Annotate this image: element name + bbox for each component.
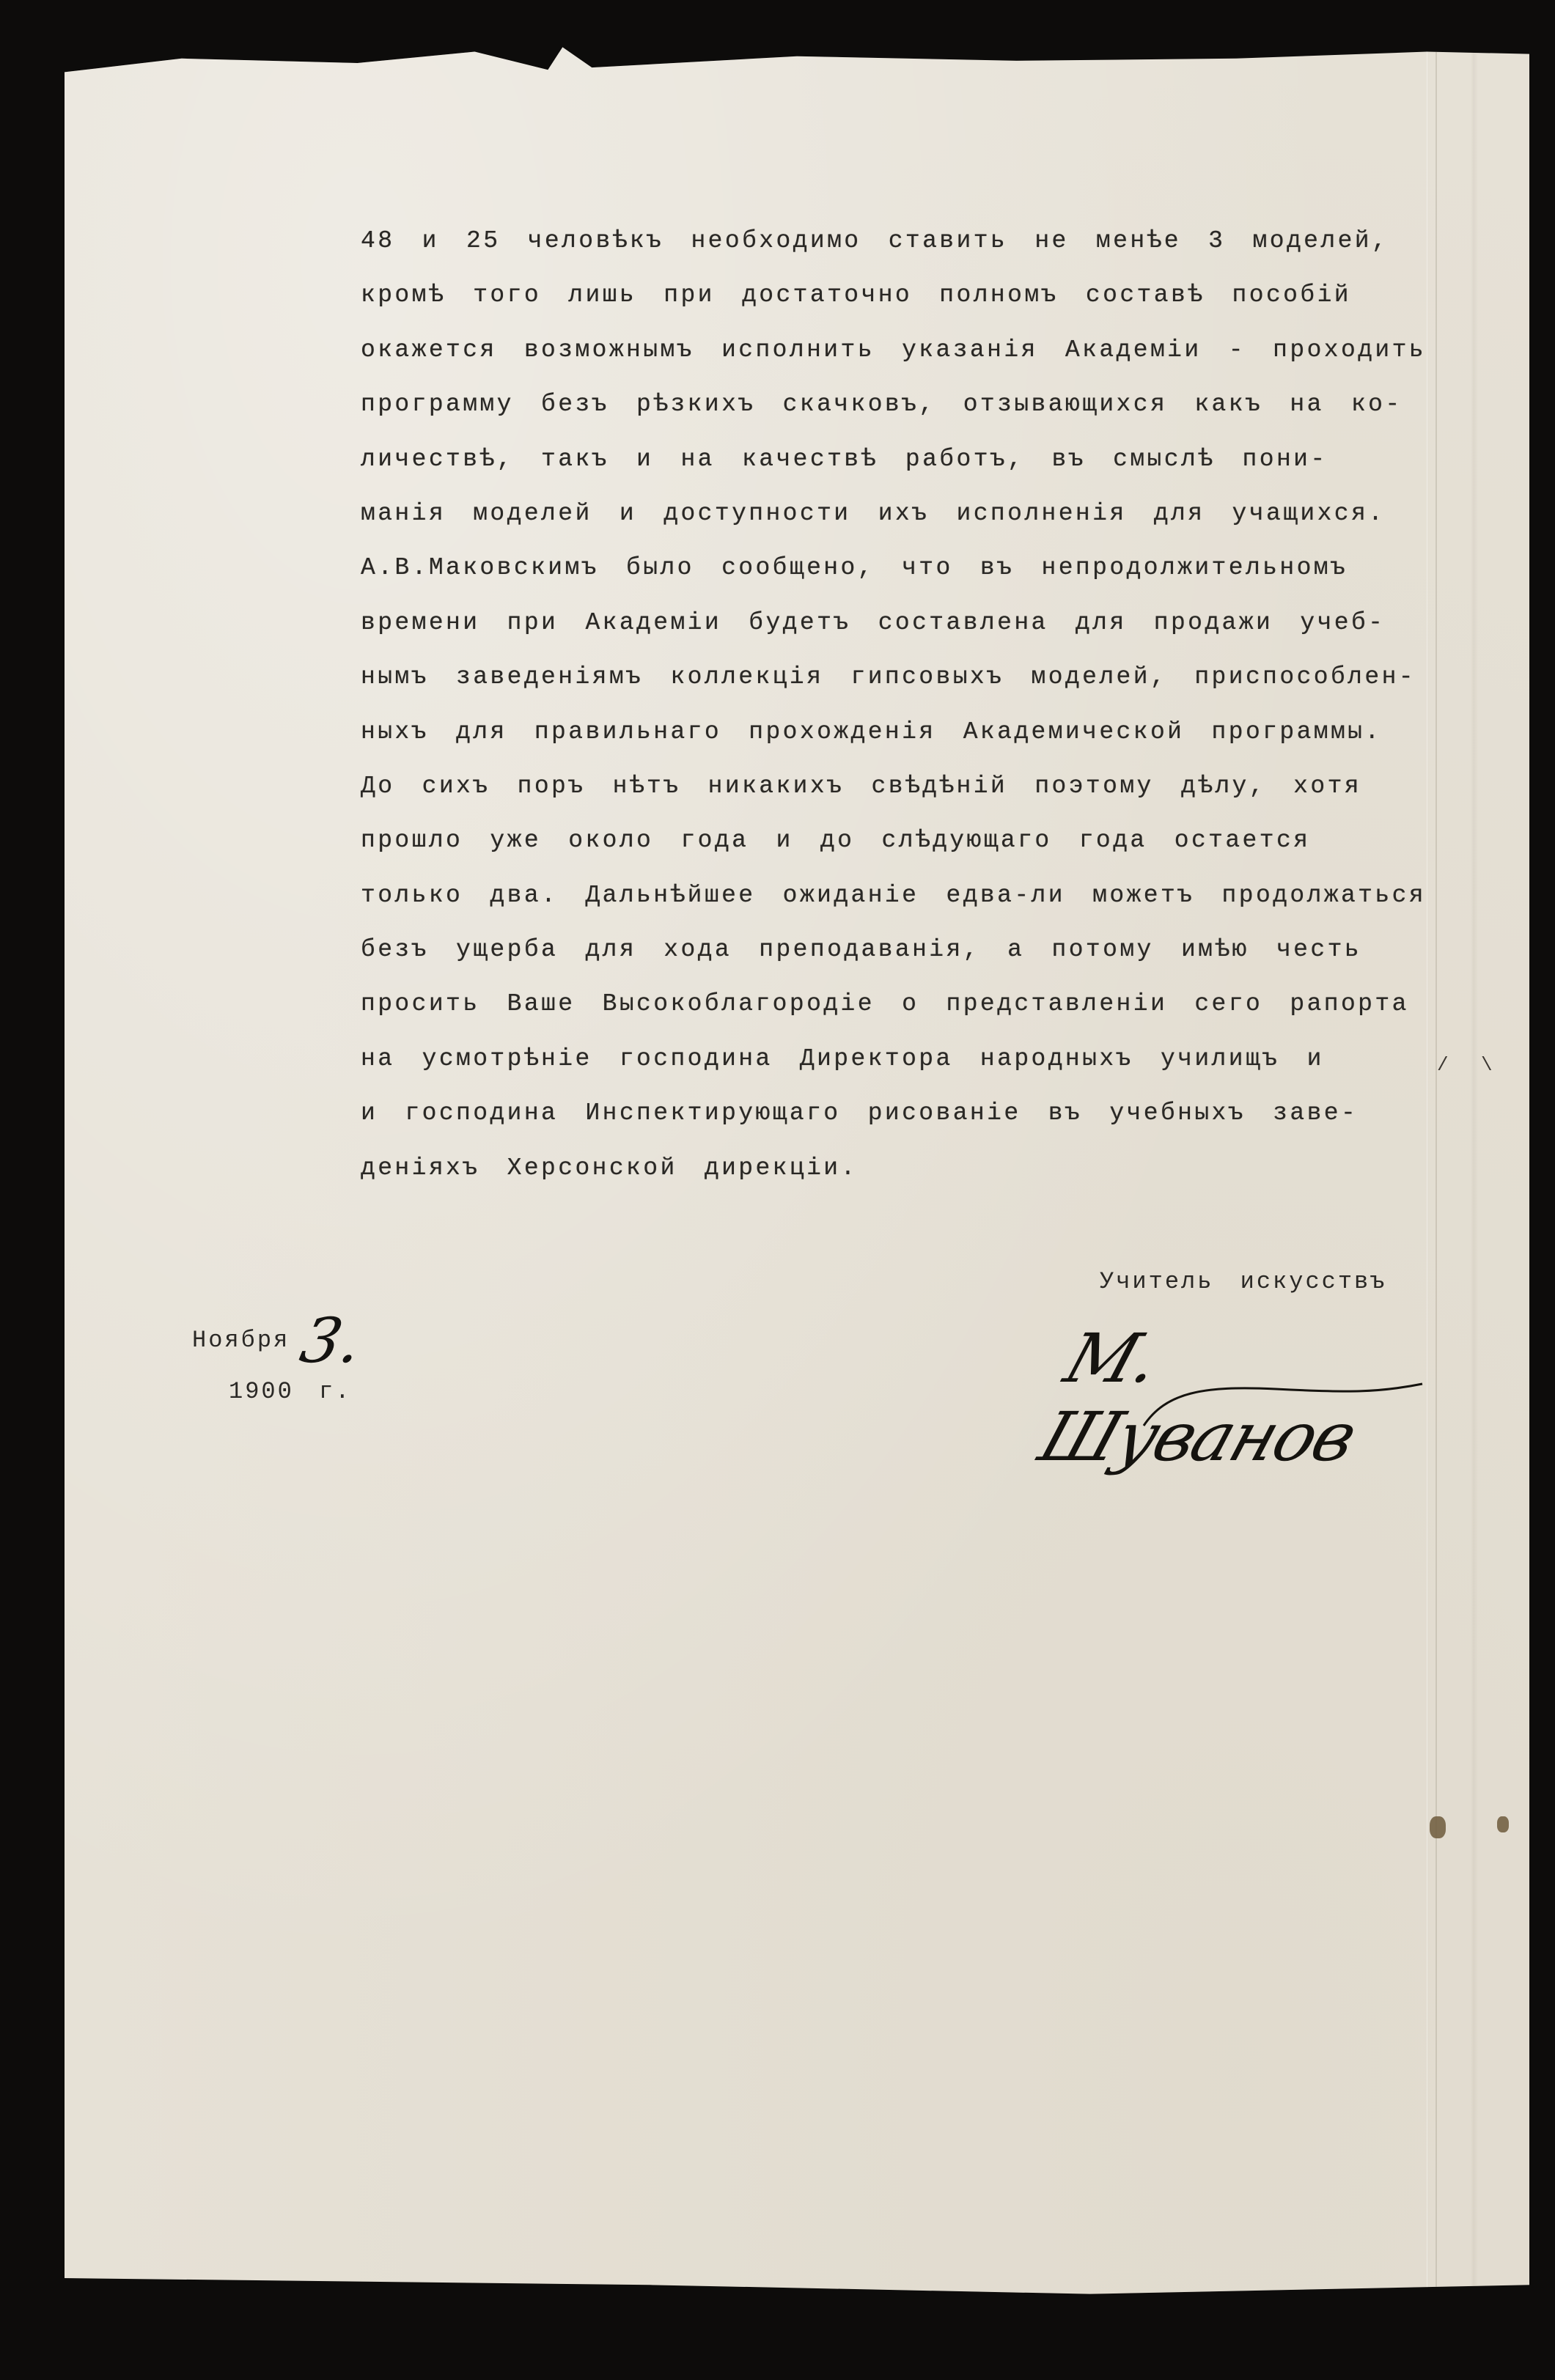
handwritten-signature: М. Шуванов xyxy=(1056,1297,1452,1444)
body-line: кромѣ того лишь при достаточно полномъ с… xyxy=(361,268,1431,323)
body-line: А.В.Маковскимъ было сообщено, что въ неп… xyxy=(361,541,1431,595)
edge-tick-mark: \ xyxy=(1481,1054,1493,1076)
body-line: 48 и 25 человѣкъ необходимо ставить не м… xyxy=(361,214,1431,268)
body-line: ныхъ для правильнаго прохожденія Академи… xyxy=(361,705,1431,759)
body-line: деніяхъ Херсонской дирекціи. xyxy=(361,1141,1431,1195)
body-line: До сихъ поръ нѣтъ никакихъ свѣдѣній поэт… xyxy=(361,759,1431,814)
paper-stain xyxy=(1430,1816,1446,1838)
signature-flourish-icon xyxy=(1056,1297,1452,1444)
paper-fold-line xyxy=(1435,38,1437,2303)
body-line: окажется возможнымъ исполнить указанія А… xyxy=(361,323,1431,377)
body-line: программу безъ рѣзкихъ скачковъ, отзываю… xyxy=(361,377,1431,432)
body-line: и господина Инспектирующаго рисованіе въ… xyxy=(361,1086,1431,1141)
body-line: просить Ваше Высокоблагородіе о представ… xyxy=(361,977,1431,1031)
date-month: Ноября xyxy=(192,1327,290,1354)
body-line: прошло уже около года и до слѣдующаго го… xyxy=(361,814,1431,868)
paper-stain xyxy=(1497,1816,1509,1832)
body-line: безъ ущерба для хода преподаванія, а пот… xyxy=(361,923,1431,977)
margin-tick-mark: / xyxy=(1437,1054,1449,1076)
report-body: 48 и 25 человѣкъ необходимо ставить не м… xyxy=(361,214,1431,1195)
body-line: личествѣ, такъ и на качествѣ работъ, въ … xyxy=(361,432,1431,487)
body-line: на усмотрѣніе господина Директора народн… xyxy=(361,1032,1431,1086)
body-line: времени при Академіи будетъ составлена д… xyxy=(361,596,1431,650)
signer-title: Учитель искусствъ xyxy=(1100,1268,1386,1295)
date-year: 1900 г. xyxy=(229,1378,351,1405)
body-line: нымъ заведеніямъ коллекція гипсовыхъ мод… xyxy=(361,650,1431,704)
body-line: только два. Дальнѣйшее ожиданіе едва-ли … xyxy=(361,869,1431,923)
body-line: манія моделей и доступности ихъ исполнен… xyxy=(361,487,1431,541)
